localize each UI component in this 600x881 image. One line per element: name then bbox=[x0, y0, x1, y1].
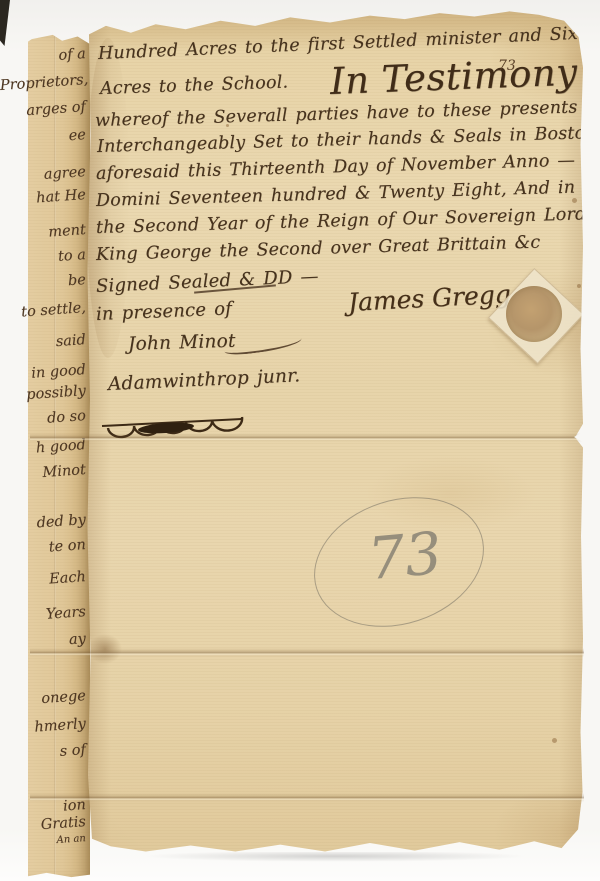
manuscript-line: Acres to the School. bbox=[100, 72, 289, 99]
manuscript-page: Hundred Acres to the first Settled minis… bbox=[86, 8, 584, 860]
signature-flourish bbox=[100, 398, 290, 444]
witness-name: John Minot bbox=[128, 331, 236, 355]
pencil-page-number: 73 bbox=[365, 519, 444, 593]
manuscript-scan: of a Proprietors, arges of ee agree hat … bbox=[0, 0, 600, 881]
attestation-line: in presence of bbox=[96, 298, 233, 325]
manuscript-line: King George the Second over Great Britta… bbox=[96, 233, 541, 265]
testimony-heading: In Testimony bbox=[329, 51, 578, 103]
paper-stain bbox=[88, 634, 122, 664]
page-drop-shadow bbox=[96, 852, 574, 866]
paper-speck bbox=[572, 198, 577, 203]
ink-page-number: 73 bbox=[498, 58, 516, 74]
photo-corner-artifact bbox=[0, 0, 10, 46]
witness-name: Adamwinthrop junr. bbox=[108, 365, 301, 395]
paper-speck bbox=[552, 738, 557, 743]
wax-seal bbox=[488, 280, 584, 366]
seal-impression bbox=[506, 286, 562, 342]
grantor-signature: James Gregg bbox=[347, 279, 511, 316]
